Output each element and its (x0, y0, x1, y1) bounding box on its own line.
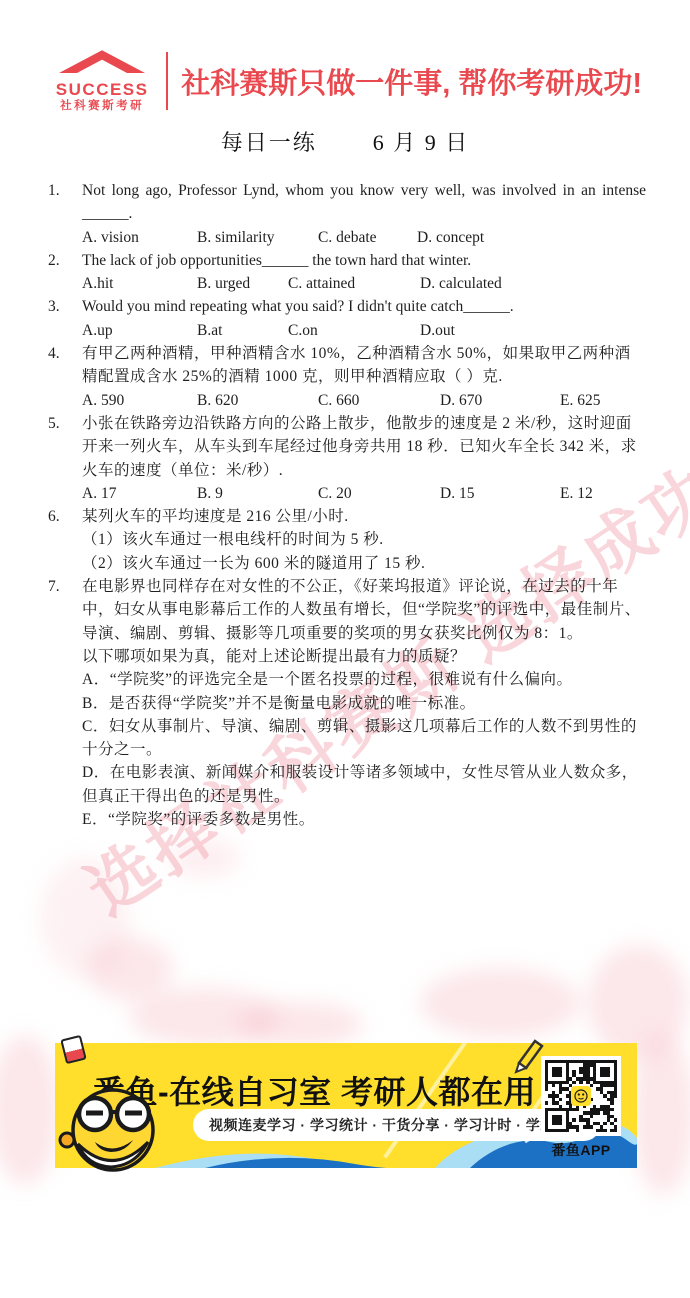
eraser-icon (60, 1035, 86, 1064)
watercolor-blob (170, 838, 240, 878)
option-a: A. vision (82, 226, 197, 249)
qr-center-fish-icon (571, 1086, 591, 1106)
option-b: B. 9 (197, 482, 318, 505)
title-left: 每日一练 (221, 130, 317, 155)
option-a: A.hit (82, 272, 197, 295)
watercolor-blob (130, 988, 280, 1046)
question-2: 2. The lack of job opportunities______ t… (48, 249, 646, 296)
brand-subtitle: 社科赛斯考研 (48, 101, 156, 113)
question-number: 3. (48, 295, 82, 342)
fish-mascot-icon (45, 1082, 185, 1174)
option-c: C. attained (288, 272, 420, 295)
option-b: B.at (197, 319, 288, 342)
header-slogan: 社科赛斯只做一件事, 帮你考研成功! (181, 61, 642, 102)
option-d: D. calculated (420, 272, 502, 295)
question-list: 1. Not long ago, Professor Lynd, whom yo… (48, 179, 646, 831)
question-stem: 某列火车的平均速度是 216 公里/小时. (82, 505, 646, 528)
option-a: A．“学院奖”的评选完全是一个匿名投票的过程，很难说有什么偏向。 (82, 668, 646, 691)
question-stem: The lack of job opportunities______ the … (82, 249, 646, 272)
option-d: D. 15 (440, 482, 560, 505)
option-b: B. 620 (197, 389, 318, 412)
option-d: D. 670 (440, 389, 560, 412)
watercolor-blob (238, 1002, 363, 1047)
options-row: A. visionB. similarityC. debateD. concep… (82, 226, 646, 249)
option-a: A.up (82, 319, 197, 342)
header: SUCCESS 社科赛斯考研 社科赛斯只做一件事, 帮你考研成功! (48, 46, 642, 116)
watercolor-blob (632, 1035, 690, 1195)
option-c: C.on (288, 319, 420, 342)
question-number: 2. (48, 249, 82, 296)
options-row: A. 17B. 9C. 20D. 15E. 12 (82, 482, 646, 505)
question-stem: 有甲乙两种酒精，甲种酒精含水 10%，乙种酒精含水 50%，如果取甲乙两种酒精配… (82, 342, 646, 389)
brand-logo: SUCCESS 社科赛斯考研 (48, 49, 156, 113)
option-a: A. 590 (82, 389, 197, 412)
question-stem: 小张在铁路旁边沿铁路方向的公路上散步，他散步的速度是 2 米/秒，这时迎面开来一… (82, 412, 646, 482)
option-c: C. debate (318, 226, 417, 249)
question-3: 3. Would you mind repeating what you sai… (48, 295, 646, 342)
question-7: 7. 在电影界也同样存在对女性的不公正，《好莱坞报道》评论说，在过去的十年中，妇… (48, 575, 646, 831)
option-a: A. 17 (82, 482, 197, 505)
question-subline-2: （2）该火车通过一长为 600 米的隧道用了 15 秒. (82, 552, 646, 575)
watercolor-blob (88, 938, 173, 1000)
question-4: 4. 有甲乙两种酒精，甲种酒精含水 10%，乙种酒精含水 50%，如果取甲乙两种… (48, 342, 646, 412)
options-row: A. 590B. 620C. 660D. 670E. 625 (82, 389, 646, 412)
question-1: 1. Not long ago, Professor Lynd, whom yo… (48, 179, 646, 249)
option-b: B. similarity (197, 226, 318, 249)
brand-name: SUCCESS (48, 81, 156, 98)
options-row: A.hitB. urgedC. attainedD. calculated (82, 272, 646, 295)
option-d: D. concept (417, 226, 484, 249)
option-e: E. 12 (560, 482, 593, 505)
ad-banner: 番鱼-在线自习室 考研人都在用 视频连麦学习 · 学习统计 · 干货分享 · 学… (55, 1043, 637, 1168)
option-e: E. 625 (560, 389, 600, 412)
question-number: 4. (48, 342, 82, 412)
question-6: 6. 某列火车的平均速度是 216 公里/小时. （1）该火车通过一根电线杆的时… (48, 505, 646, 575)
exam-sheet-page: 选择社科赛斯 选择成功 SUCCESS 社科赛斯考研 社科赛斯只做一件事, 帮你… (0, 0, 690, 1298)
option-c: C．妇女从事制片、导演、编剧、剪辑、摄影这几项幕后工作的人数不到男性的十分之一。 (82, 715, 646, 762)
question-5: 5. 小张在铁路旁边沿铁路方向的公路上散步，他散步的速度是 2 米/秒，这时迎面… (48, 412, 646, 505)
qr-code (541, 1056, 621, 1136)
banner-subtitle: 视频连麦学习 · 学习统计 · 干货分享 · 学习计时 · 学霸必备 (193, 1109, 600, 1141)
question-stem: Not long ago, Professor Lynd, whom you k… (82, 179, 646, 226)
option-c: C. 20 (318, 482, 440, 505)
question-prompt: 以下哪项如果为真，能对上述论断提出最有力的质疑？ (82, 645, 646, 668)
option-b: B．是否获得“学院奖”并不是衡量电影成就的唯一标准。 (82, 692, 646, 715)
roof-icon (59, 49, 145, 75)
question-subline-1: （1）该火车通过一根电线杆的时间为 5 秒. (82, 528, 646, 551)
options-row: A.upB.atC.onD.out (82, 319, 646, 342)
question-number: 6. (48, 505, 82, 575)
watercolor-blob (420, 968, 580, 1038)
option-d: D．在电影表演、新闻媒介和服装设计等诸多领域中，女性尽管从业人数众多，但真正干得… (82, 761, 646, 808)
question-number: 7. (48, 575, 82, 831)
page-title: 每日一练6 月 9 日 (0, 126, 690, 157)
qr-app-label: 番鱼APP (541, 1140, 621, 1160)
option-e: E．“学院奖”的评委多数是男性。 (82, 808, 646, 831)
option-c: C. 660 (318, 389, 440, 412)
header-divider (166, 52, 168, 110)
title-date: 6 月 9 日 (373, 130, 470, 155)
option-b: B. urged (197, 272, 288, 295)
question-number: 5. (48, 412, 82, 505)
question-stem: Would you mind repeating what you said? … (82, 295, 646, 318)
option-d: D.out (420, 319, 455, 342)
watercolor-blob (40, 858, 130, 978)
question-stem: 在电影界也同样存在对女性的不公正，《好莱坞报道》评论说，在过去的十年中，妇女从事… (82, 575, 646, 645)
question-number: 1. (48, 179, 82, 249)
